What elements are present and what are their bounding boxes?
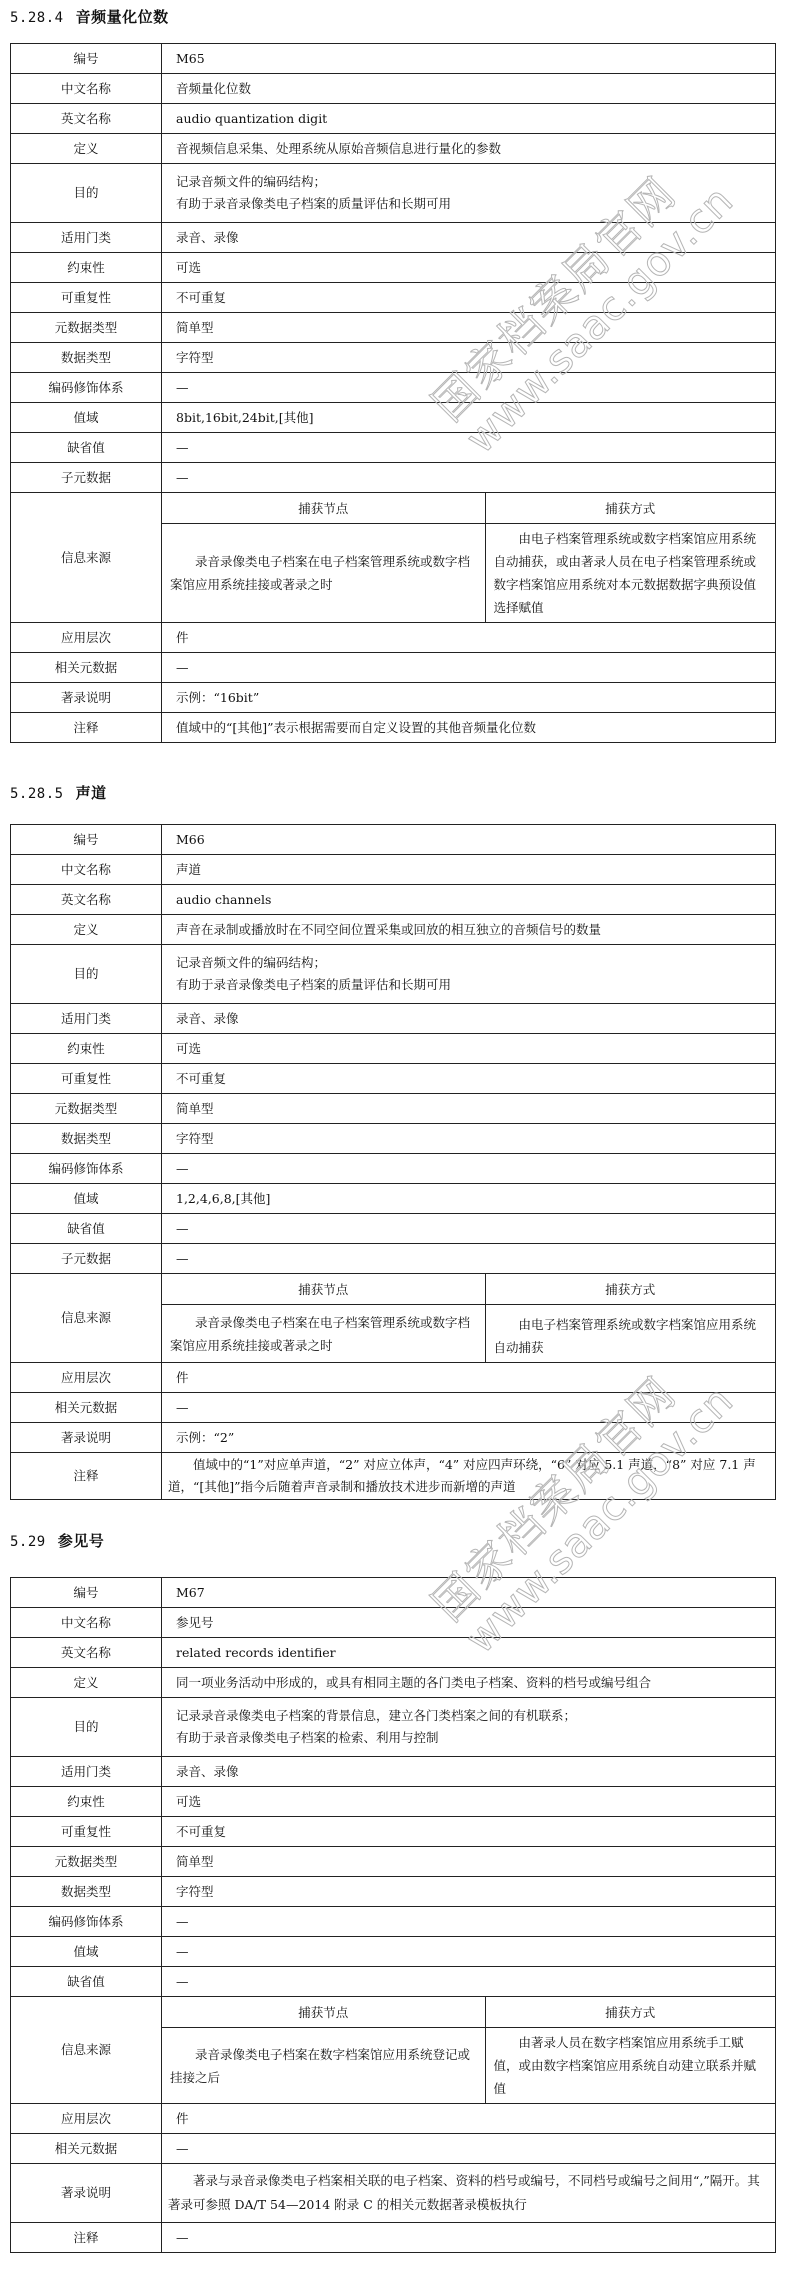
row-label: 元数据类型 — [11, 1094, 162, 1124]
purpose-line: 记录音频文件的编码结构； — [176, 171, 767, 193]
row-value: 可选 — [162, 253, 776, 283]
row-value: 记录音频文件的编码结构；有助于录音录像类电子档案的质量评估和长期可用 — [162, 945, 776, 1004]
source-cell: 捕获节点捕获方式 录音录像类电子档案在数字档案馆应用系统登记或挂接之后由著录人员… — [162, 1997, 776, 2104]
row-label: 定义 — [11, 915, 162, 945]
table-row: 著录说明著录与录音录像类电子档案相关联的电子档案、资料的档号或编号，不同档号或编… — [11, 2164, 776, 2223]
row-value: 1,2,4,6,8,[其他] — [162, 1184, 776, 1214]
row-label: 著录说明 — [11, 683, 162, 713]
row-value: — — [162, 1393, 776, 1423]
table-row: 值域1,2,4,6,8,[其他] — [11, 1184, 776, 1214]
table-row: 数据类型字符型 — [11, 1124, 776, 1154]
metadata-table-m65: 编号M65 中文名称音频量化位数 英文名称audio quantization … — [10, 43, 776, 743]
table-row: 英文名称audio channels — [11, 885, 776, 915]
capture-method-value: 由著录人员在数字档案馆应用系统手工赋值，或由数字档案馆应用系统自动建立联系并赋值 — [485, 2028, 775, 2104]
capture-method-header: 捕获方式 — [485, 1997, 775, 2028]
row-label: 元数据类型 — [11, 1847, 162, 1877]
source-cell: 捕获节点捕获方式 录音录像类电子档案在电子档案管理系统或数字档案馆应用系统挂接或… — [162, 1274, 776, 1363]
table-row: 目的记录录音录像类电子档案的背景信息，建立各门类档案之间的有机联系；有助于录音录… — [11, 1698, 776, 1757]
row-value: — — [162, 2223, 776, 2253]
table-row: 中文名称音频量化位数 — [11, 74, 776, 104]
metadata-table-m67: 编号M67 中文名称参见号 英文名称related records identi… — [10, 1577, 776, 2253]
table-row: 注释值域中的“[其他]”表示根据需要而自定义设置的其他音频量化位数 — [11, 713, 776, 743]
table-row: 可重复性不可重复 — [11, 1817, 776, 1847]
row-label: 编号 — [11, 825, 162, 855]
row-label: 相关元数据 — [11, 1393, 162, 1423]
row-label: 值域 — [11, 1184, 162, 1214]
row-value: 件 — [162, 2104, 776, 2134]
table-row: 定义声音在录制或播放时在不同空间位置采集或回放的相互独立的音频信号的数量 — [11, 915, 776, 945]
capture-method-value: 由电子档案管理系统或数字档案馆应用系统自动捕获 — [485, 1305, 775, 1363]
row-value: 可选 — [162, 1034, 776, 1064]
row-label: 编号 — [11, 44, 162, 74]
table-row: 定义同一项业务活动中形成的，或具有相同主题的各门类电子档案、资料的档号或编号组合 — [11, 1668, 776, 1698]
table-row: 注释值域中的“1”对应单声道，“2” 对应立体声，“4” 对应四声环绕，“6” … — [11, 1453, 776, 1500]
table-row: 约束性可选 — [11, 253, 776, 283]
table-row: 中文名称参见号 — [11, 1608, 776, 1638]
row-label: 数据类型 — [11, 343, 162, 373]
table-row: 适用门类录音、录像 — [11, 223, 776, 253]
capture-method-header: 捕获方式 — [485, 493, 775, 524]
row-label: 缺省值 — [11, 1967, 162, 1997]
row-value: 值域中的“1”对应单声道，“2” 对应立体声，“4” 对应四声环绕，“6” 对应… — [162, 1453, 776, 1500]
table-row-source: 信息来源 捕获节点捕获方式 录音录像类电子档案在电子档案管理系统或数字档案馆应用… — [11, 1274, 776, 1363]
row-label: 信息来源 — [11, 1997, 162, 2104]
section-heading: 5.28.4音频量化位数 — [10, 6, 169, 27]
row-label: 编码修饰体系 — [11, 373, 162, 403]
row-value: audio channels — [162, 885, 776, 915]
table-row: 元数据类型简单型 — [11, 1847, 776, 1877]
row-label: 中文名称 — [11, 1608, 162, 1638]
table-row: 数据类型字符型 — [11, 1877, 776, 1907]
row-label: 目的 — [11, 1698, 162, 1757]
row-value: — — [162, 433, 776, 463]
row-value: — — [162, 1907, 776, 1937]
row-label: 编号 — [11, 1578, 162, 1608]
table-row: 相关元数据— — [11, 2134, 776, 2164]
table-row: 值域— — [11, 1937, 776, 1967]
table-row: 编号M65 — [11, 44, 776, 74]
row-label: 英文名称 — [11, 104, 162, 134]
table-row: 数据类型字符型 — [11, 343, 776, 373]
metadata-table-m66: 编号M66 中文名称声道 英文名称audio channels 定义声音在录制或… — [10, 824, 776, 1500]
row-value: 声音在录制或播放时在不同空间位置采集或回放的相互独立的音频信号的数量 — [162, 915, 776, 945]
row-value: related records identifier — [162, 1638, 776, 1668]
row-label: 应用层次 — [11, 1363, 162, 1393]
row-label: 约束性 — [11, 1787, 162, 1817]
row-value: 简单型 — [162, 1094, 776, 1124]
table-row: 英文名称audio quantization digit — [11, 104, 776, 134]
row-label: 约束性 — [11, 1034, 162, 1064]
capture-method-value: 由电子档案管理系统或数字档案馆应用系统自动捕获，或由著录人员在电子档案管理系统或… — [485, 524, 775, 623]
capture-node-header: 捕获节点 — [162, 493, 485, 524]
row-label: 缺省值 — [11, 433, 162, 463]
table-row: 编码修饰体系— — [11, 373, 776, 403]
table-row: 编号M66 — [11, 825, 776, 855]
row-label: 可重复性 — [11, 1817, 162, 1847]
row-value: — — [162, 1967, 776, 1997]
row-label: 著录说明 — [11, 1423, 162, 1453]
table-row: 应用层次件 — [11, 2104, 776, 2134]
row-value: 示例：“2” — [162, 1423, 776, 1453]
row-label: 编码修饰体系 — [11, 1154, 162, 1184]
row-label: 值域 — [11, 403, 162, 433]
row-label: 数据类型 — [11, 1877, 162, 1907]
table-row: 值域8bit,16bit,24bit,[其他] — [11, 403, 776, 433]
section-heading: 5.29参见号 — [10, 1530, 104, 1551]
table-row: 相关元数据— — [11, 1393, 776, 1423]
row-value: 件 — [162, 1363, 776, 1393]
row-label: 值域 — [11, 1937, 162, 1967]
row-value: 可选 — [162, 1787, 776, 1817]
row-label: 注释 — [11, 713, 162, 743]
source-subtable: 捕获节点捕获方式 录音录像类电子档案在电子档案管理系统或数字档案馆应用系统挂接或… — [162, 1274, 775, 1362]
row-label: 定义 — [11, 134, 162, 164]
table-row: 编号M67 — [11, 1578, 776, 1608]
row-value: 不可重复 — [162, 1064, 776, 1094]
row-value: audio quantization digit — [162, 104, 776, 134]
row-value: 记录音频文件的编码结构；有助于录音录像类电子档案的质量评估和长期可用 — [162, 164, 776, 223]
row-label: 目的 — [11, 164, 162, 223]
source-subtable: 捕获节点捕获方式 录音录像类电子档案在数字档案馆应用系统登记或挂接之后由著录人员… — [162, 1997, 775, 2103]
row-label: 缺省值 — [11, 1214, 162, 1244]
row-value: 声道 — [162, 855, 776, 885]
capture-node-value: 录音录像类电子档案在电子档案管理系统或数字档案馆应用系统挂接或著录之时 — [162, 1305, 485, 1363]
row-label: 相关元数据 — [11, 653, 162, 683]
row-value: — — [162, 463, 776, 493]
table-row: 定义音视频信息采集、处理系统从原始音频信息进行量化的参数 — [11, 134, 776, 164]
row-label: 信息来源 — [11, 1274, 162, 1363]
row-value: 简单型 — [162, 1847, 776, 1877]
row-value: 字符型 — [162, 1124, 776, 1154]
row-label: 信息来源 — [11, 493, 162, 623]
row-value: 录音、录像 — [162, 223, 776, 253]
table-row: 英文名称related records identifier — [11, 1638, 776, 1668]
row-value: 字符型 — [162, 343, 776, 373]
row-value: 不可重复 — [162, 283, 776, 313]
row-value: 值域中的“[其他]”表示根据需要而自定义设置的其他音频量化位数 — [162, 713, 776, 743]
row-label: 英文名称 — [11, 1638, 162, 1668]
table-row: 元数据类型简单型 — [11, 313, 776, 343]
row-value: 音频量化位数 — [162, 74, 776, 104]
row-value: — — [162, 373, 776, 403]
row-label: 子元数据 — [11, 463, 162, 493]
row-label: 可重复性 — [11, 1064, 162, 1094]
row-value: 记录录音录像类电子档案的背景信息，建立各门类档案之间的有机联系；有助于录音录像类… — [162, 1698, 776, 1757]
row-value: 录音、录像 — [162, 1004, 776, 1034]
row-label: 英文名称 — [11, 885, 162, 915]
section-heading: 5.28.5声道 — [10, 782, 107, 803]
row-value: — — [162, 2134, 776, 2164]
source-cell: 捕获节点捕获方式 录音录像类电子档案在电子档案管理系统或数字档案馆应用系统挂接或… — [162, 493, 776, 623]
purpose-line: 有助于录音录像类电子档案的检索、利用与控制 — [176, 1727, 767, 1749]
table-row: 著录说明示例：“2” — [11, 1423, 776, 1453]
row-value: M65 — [162, 44, 776, 74]
table-row-source: 信息来源 捕获节点捕获方式 录音录像类电子档案在数字档案馆应用系统登记或挂接之后… — [11, 1997, 776, 2104]
row-value: 示例：“16bit” — [162, 683, 776, 713]
table-row: 缺省值— — [11, 1214, 776, 1244]
row-value: — — [162, 1154, 776, 1184]
section-number: 5.28.5 — [10, 786, 64, 802]
table-row: 缺省值— — [11, 433, 776, 463]
row-label: 可重复性 — [11, 283, 162, 313]
purpose-line: 记录录音录像类电子档案的背景信息，建立各门类档案之间的有机联系； — [176, 1705, 767, 1727]
row-label: 适用门类 — [11, 1004, 162, 1034]
row-label: 中文名称 — [11, 74, 162, 104]
table-row: 中文名称声道 — [11, 855, 776, 885]
row-value: M67 — [162, 1578, 776, 1608]
capture-node-header: 捕获节点 — [162, 1274, 485, 1305]
row-value: — — [162, 653, 776, 683]
table-row: 可重复性不可重复 — [11, 1064, 776, 1094]
source-subtable: 捕获节点捕获方式 录音录像类电子档案在电子档案管理系统或数字档案馆应用系统挂接或… — [162, 493, 775, 622]
row-value: 参见号 — [162, 1608, 776, 1638]
table-row: 元数据类型简单型 — [11, 1094, 776, 1124]
capture-node-value: 录音录像类电子档案在电子档案管理系统或数字档案馆应用系统挂接或著录之时 — [162, 524, 485, 623]
purpose-line: 有助于录音录像类电子档案的质量评估和长期可用 — [176, 193, 767, 215]
row-label: 应用层次 — [11, 2104, 162, 2134]
row-value: M66 — [162, 825, 776, 855]
table-row: 子元数据— — [11, 463, 776, 493]
purpose-line: 有助于录音录像类电子档案的质量评估和长期可用 — [176, 974, 767, 996]
table-row: 约束性可选 — [11, 1787, 776, 1817]
table-row: 约束性可选 — [11, 1034, 776, 1064]
row-label: 元数据类型 — [11, 313, 162, 343]
row-value: 同一项业务活动中形成的，或具有相同主题的各门类电子档案、资料的档号或编号组合 — [162, 1668, 776, 1698]
table-row: 相关元数据— — [11, 653, 776, 683]
table-row: 注释— — [11, 2223, 776, 2253]
row-label: 相关元数据 — [11, 2134, 162, 2164]
row-value: 简单型 — [162, 313, 776, 343]
row-label: 适用门类 — [11, 223, 162, 253]
row-value: 录音、录像 — [162, 1757, 776, 1787]
table-row: 著录说明示例：“16bit” — [11, 683, 776, 713]
table-row: 适用门类录音、录像 — [11, 1757, 776, 1787]
row-value: 8bit,16bit,24bit,[其他] — [162, 403, 776, 433]
row-value: 不可重复 — [162, 1817, 776, 1847]
row-value: 著录与录音录像类电子档案相关联的电子档案、资料的档号或编号，不同档号或编号之间用… — [162, 2164, 776, 2223]
table-row: 缺省值— — [11, 1967, 776, 1997]
table-row: 子元数据— — [11, 1244, 776, 1274]
row-label: 子元数据 — [11, 1244, 162, 1274]
row-label: 定义 — [11, 1668, 162, 1698]
row-label: 编码修饰体系 — [11, 1907, 162, 1937]
table-row: 应用层次件 — [11, 623, 776, 653]
row-label: 著录说明 — [11, 2164, 162, 2223]
capture-node-header: 捕获节点 — [162, 1997, 485, 2028]
row-value: — — [162, 1214, 776, 1244]
section-title: 声道 — [76, 784, 107, 802]
table-row: 目的记录音频文件的编码结构；有助于录音录像类电子档案的质量评估和长期可用 — [11, 164, 776, 223]
table-row: 编码修饰体系— — [11, 1907, 776, 1937]
table-row-source: 信息来源 捕获节点捕获方式 录音录像类电子档案在电子档案管理系统或数字档案馆应用… — [11, 493, 776, 623]
section-title: 参见号 — [58, 1532, 105, 1550]
row-value: — — [162, 1937, 776, 1967]
row-label: 应用层次 — [11, 623, 162, 653]
section-number: 5.29 — [10, 1534, 46, 1550]
row-label: 数据类型 — [11, 1124, 162, 1154]
table-row: 可重复性不可重复 — [11, 283, 776, 313]
row-label: 目的 — [11, 945, 162, 1004]
row-value: 件 — [162, 623, 776, 653]
table-row: 应用层次件 — [11, 1363, 776, 1393]
row-label: 适用门类 — [11, 1757, 162, 1787]
row-label: 约束性 — [11, 253, 162, 283]
capture-node-value: 录音录像类电子档案在数字档案馆应用系统登记或挂接之后 — [162, 2028, 485, 2104]
row-value: 音视频信息采集、处理系统从原始音频信息进行量化的参数 — [162, 134, 776, 164]
purpose-line: 记录音频文件的编码结构； — [176, 952, 767, 974]
row-label: 中文名称 — [11, 855, 162, 885]
section-number: 5.28.4 — [10, 10, 64, 26]
section-title: 音频量化位数 — [76, 8, 169, 26]
table-row: 适用门类录音、录像 — [11, 1004, 776, 1034]
row-label: 注释 — [11, 1453, 162, 1500]
row-value: — — [162, 1244, 776, 1274]
row-label: 注释 — [11, 2223, 162, 2253]
capture-method-header: 捕获方式 — [485, 1274, 775, 1305]
table-row: 编码修饰体系— — [11, 1154, 776, 1184]
row-value: 字符型 — [162, 1877, 776, 1907]
table-row: 目的记录音频文件的编码结构；有助于录音录像类电子档案的质量评估和长期可用 — [11, 945, 776, 1004]
